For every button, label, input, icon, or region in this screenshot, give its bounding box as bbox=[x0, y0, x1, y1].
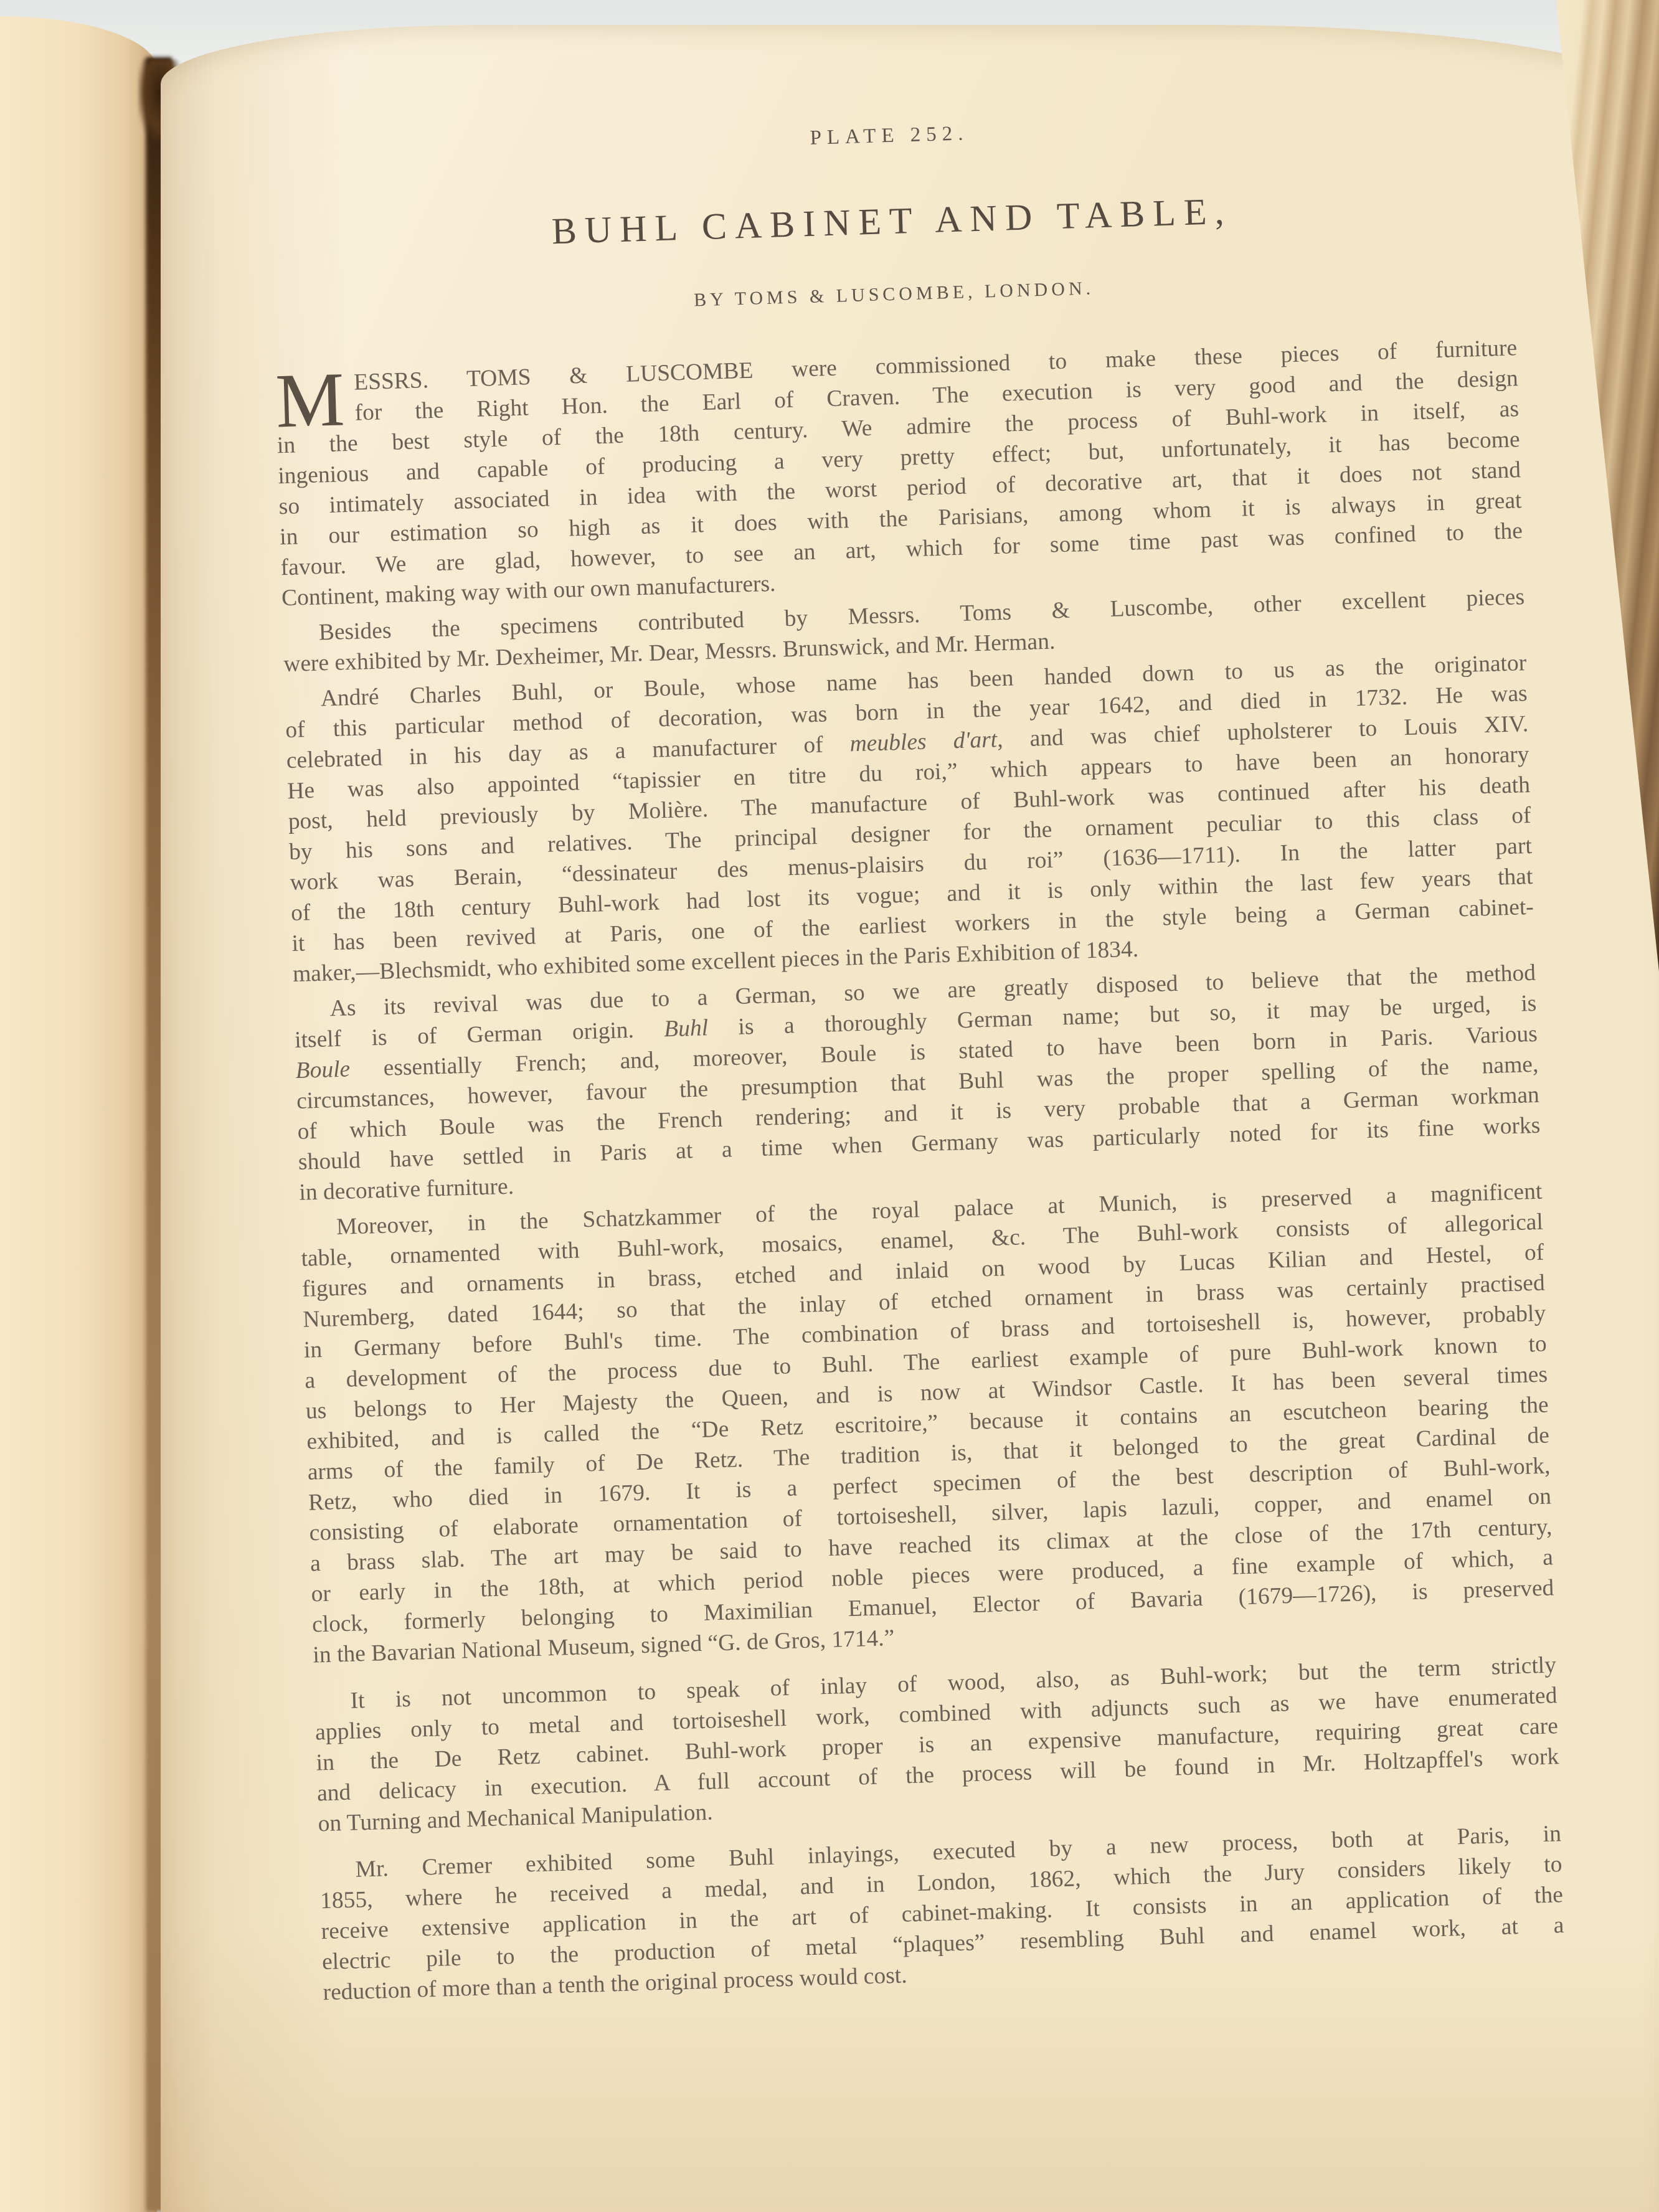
paragraph: Moreover, in the Schatzkammer of the roy… bbox=[300, 1176, 1555, 1671]
drop-cap: M bbox=[275, 367, 355, 431]
byline: BY TOMS & LUSCOMBE, LONDON. bbox=[273, 265, 1515, 323]
paragraph: It is not uncommon to speak of inlay of … bbox=[314, 1650, 1560, 1839]
paragraph: MESSRS. TOMS & LUSCOMBE were commissione… bbox=[275, 333, 1524, 613]
page-content: PLATE 252. BUHL CABINET AND TABLE, BY TO… bbox=[268, 106, 1565, 2008]
body-text: MESSRS. TOMS & LUSCOMBE were commissione… bbox=[275, 333, 1565, 2008]
page-title: BUHL CABINET AND TABLE, bbox=[270, 181, 1513, 261]
paragraph: As its revival was due to a German, so w… bbox=[293, 958, 1541, 1208]
left-page-edge bbox=[0, 16, 157, 2212]
paragraph: André Charles Buhl, or Boule, whose name… bbox=[284, 648, 1535, 990]
